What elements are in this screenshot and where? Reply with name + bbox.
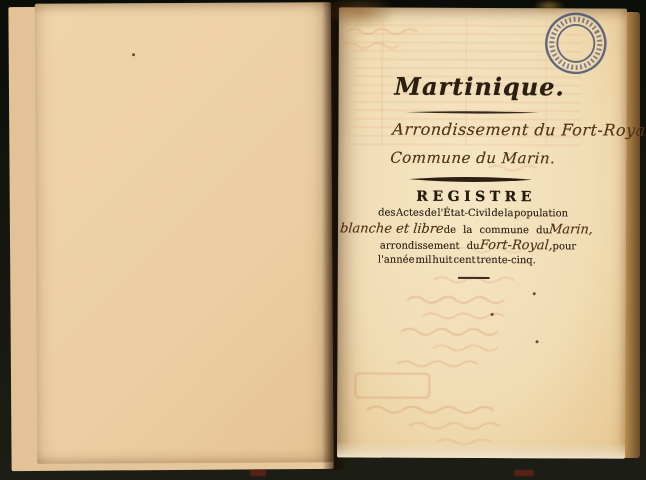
ink-speck	[536, 340, 539, 343]
printed-segment: de la commune du	[444, 225, 549, 236]
closing-rule	[458, 277, 490, 279]
handwritten-insert-marin: Marin,	[548, 222, 593, 237]
printed-segment: pour	[553, 241, 577, 252]
gutter-stain	[326, 0, 396, 30]
register-heading: REGISTRE	[338, 188, 614, 205]
handwritten-insert-blanche-et-libre: blanche et libre	[339, 221, 444, 236]
body-text-line-4: l'annéemilhuitcenttrente-cinq.	[378, 255, 536, 267]
territory-title: Martinique.	[339, 71, 621, 101]
ink-speck	[132, 53, 135, 56]
body-text-line-1: desActesdel'État-Civildelapopulation	[378, 208, 568, 220]
left-blank-page	[35, 2, 333, 464]
printed-segment: arrondissement du	[380, 241, 480, 252]
body-text-line-2: blanche et libre de la commune du Marin,	[340, 221, 578, 237]
top-edge-stain	[534, 0, 564, 12]
body-text-line-3: arrondissement du Fort-Royal, pour	[380, 238, 568, 254]
book-scan: Martinique. Arrondissement du Fort-Royal…	[0, 0, 646, 480]
handwritten-insert-fort-royal: Fort-Royal,	[479, 238, 553, 253]
arrondissement-line: Arrondissement du Fort-Royal.	[392, 120, 646, 140]
spine-leather-sliver	[250, 470, 266, 476]
section-divider-rule	[408, 176, 532, 184]
register-title-page: Martinique. Arrondissement du Fort-Royal…	[337, 7, 627, 458]
spine-leather-sliver	[514, 470, 534, 476]
commune-line: Commune du Marin.	[390, 149, 556, 168]
title-underline-rule	[406, 110, 539, 116]
ink-speck	[533, 292, 536, 295]
worn-page-bottom-edge	[337, 441, 625, 458]
ink-speck	[491, 313, 494, 316]
